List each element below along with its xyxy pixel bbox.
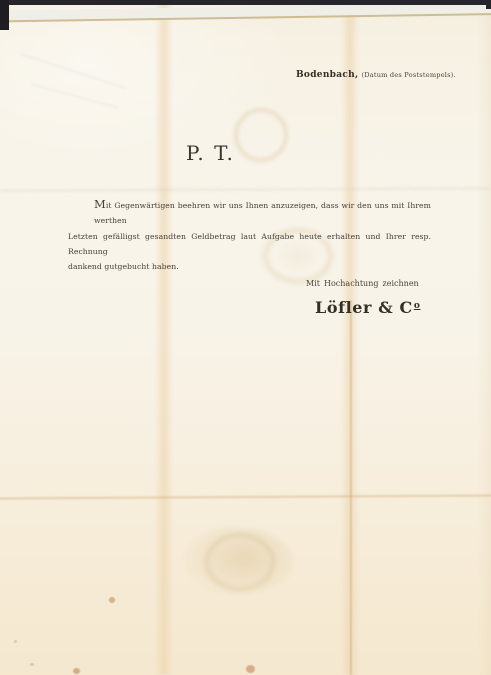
dateline: Bodenbach, (Datum des Poststempels). [296,70,456,80]
drop-cap: M [94,197,106,211]
paper-spot [246,665,255,673]
seal-showthrough-ring [205,533,275,591]
fold-line-horizontal-faint [0,187,491,193]
fold-line-horizontal [0,493,491,500]
scanned-letter-page: Bodenbach, (Datum des Poststempels). P. … [0,0,491,675]
paper-spot [73,668,80,674]
seal-showthrough-stain [185,527,293,595]
letter-body: Mit Gegenwärtigen beehren wir uns Ihnen … [68,197,431,274]
fold-line-vertical-left [155,0,173,675]
ink-showthrough-mark [20,53,125,89]
scanner-background-corner-right [486,0,491,9]
fold-line-vertical-right-crease [350,300,352,675]
paper-speck [30,663,34,666]
paper-speck [14,640,17,643]
body-line: dankend gutgebucht haben. [68,259,431,274]
company-abbreviation-superscript: o [414,301,421,311]
scanner-background-corner-left [0,0,9,30]
paper-spot [109,597,115,603]
company-name: Löfler & C [315,298,413,317]
company-signature: Löfler & Co [315,298,420,317]
salutation: P. T. [186,141,235,165]
body-line: Mit Gegenwärtigen beehren wir uns Ihnen … [68,197,431,229]
fold-line-vertical-right [341,0,359,675]
dateline-city: Bodenbach, [296,70,358,80]
scanner-background-strip [0,0,491,5]
postmark-showthrough-upper [234,108,288,162]
ink-showthrough-mark [31,83,118,108]
closing-phrase: Mit Hochachtung zeichnen [306,279,419,288]
body-line-text: it Gegenwärtigen beehren wir uns Ihnen a… [94,201,431,225]
body-line: Letzten gefälligst gesandten Geldbetrag … [68,229,431,260]
dateline-postmark-note: (Datum des Poststempels). [361,71,455,79]
